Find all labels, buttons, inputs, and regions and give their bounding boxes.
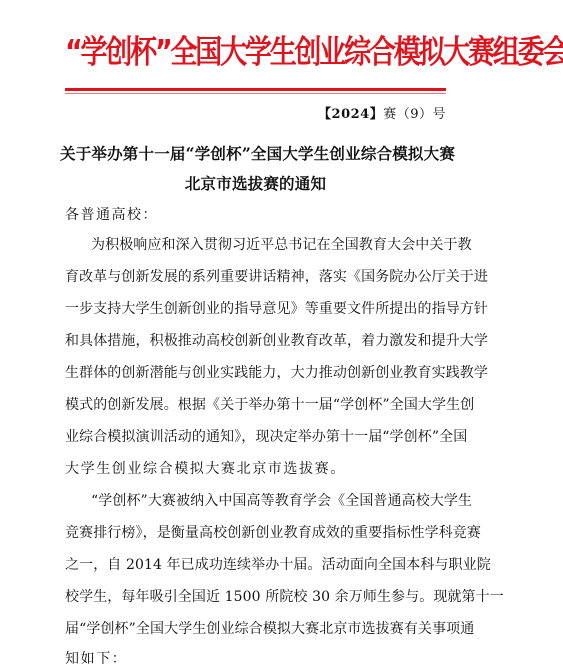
header-rule-thin — [65, 93, 446, 94]
paragraph-line: 之一，自 2014 年已成功连续举办十届。活动面向全国本科与职业院 — [65, 554, 446, 576]
paragraph-line: 业综合模拟演训活动的通知》，现决定举办第十一届“学创杯”全国 — [65, 426, 446, 448]
document-number: 【2024】赛（9）号 — [318, 104, 446, 126]
document-header-title: “学创杯”全国大学生创业综合模拟大赛组委会文件 — [65, 26, 446, 80]
document-number-year: 【2024】 — [318, 107, 383, 122]
paragraph-line: “学创杯”大赛被纳入中国高等教育学会《全国普通高校大学生 — [91, 490, 446, 512]
document-number-serial: 赛（9）号 — [383, 107, 446, 122]
paragraph-line: 模式的创新发展。根据《关于举办第十一届“学创杯”全国大学生创 — [65, 394, 446, 416]
paragraph-line: 生群体的创新潜能与创业实践能力，大力推动创新创业教育实践教学 — [65, 362, 446, 384]
paragraph-line: 育改革与创新发展的系列重要讲话精神，落实《国务院办公厅关于进 — [65, 266, 446, 288]
paragraph-line: 为积极响应和深入贯彻习近平总书记在全国教育大会中关于教 — [91, 234, 446, 256]
notice-title-line-2: 北京市选拔赛的通知 — [60, 172, 451, 196]
notice-title-line-1: 关于举办第十一届“学创杯”全国大学生创业综合模拟大赛 — [60, 142, 451, 166]
paragraph-line: 知如下： — [65, 648, 127, 670]
paragraph-line: 竞赛排行榜》，是衡量高校创新创业教育成效的重要指标性学科竞赛 — [65, 522, 446, 544]
paragraph-line: 和具体措施，积极推动高校创新创业教育改革，着力激发和提升大学 — [65, 330, 446, 352]
document-page: “学创杯”全国大学生创业综合模拟大赛组委会文件 【2024】赛（9）号 关于举办… — [0, 0, 563, 670]
salutation: 各普通高校： — [65, 203, 158, 227]
paragraph-line: 校学生，每年吸引全国近 1500 所院校 30 余万师生参与。现就第十一 — [65, 586, 446, 608]
paragraph-line: 届“学创杯”全国大学生创业综合模拟大赛北京市选拔赛有关事项通 — [65, 618, 446, 640]
paragraph-line: 一步支持大学生创新创业的指导意见》等重要文件所提出的指导方针 — [65, 298, 446, 320]
header-rule-thick — [65, 88, 446, 91]
paragraph-line: 大学生创业综合模拟大赛北京市选拔赛。 — [65, 458, 346, 480]
